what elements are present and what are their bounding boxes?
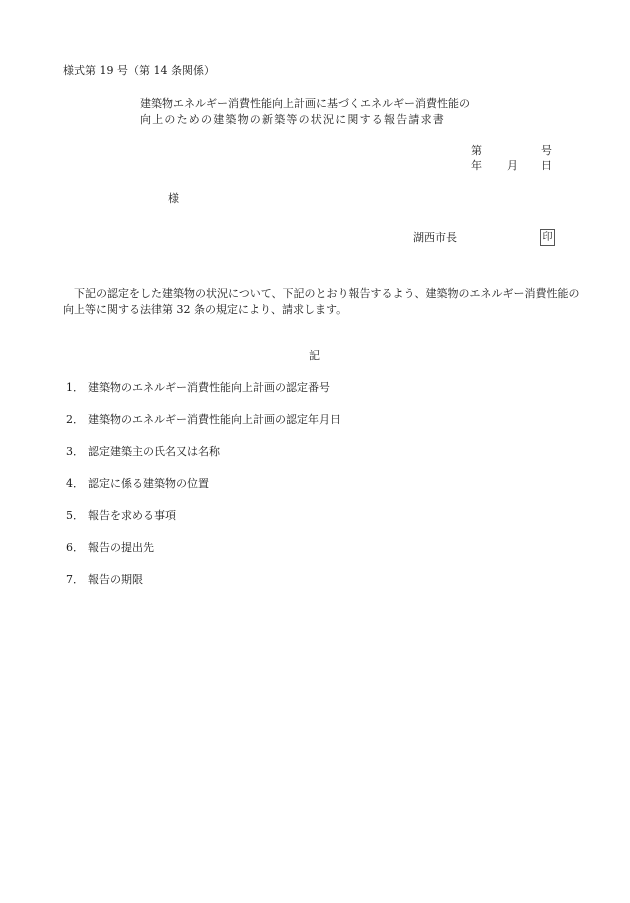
item-number: 4． [66, 477, 88, 491]
ki-heading: 記 [309, 349, 320, 363]
item-text: 建築物のエネルギー消費性能向上計画の認定番号 [88, 381, 330, 394]
item-number: 6． [66, 541, 88, 555]
addressee-honorific: 様 [168, 192, 179, 206]
item-text: 報告を求める事項 [88, 509, 176, 522]
item-number: 3． [66, 445, 88, 459]
list-item: 5．報告を求める事項 [66, 509, 341, 541]
doc-number-prefix: 第 [471, 144, 482, 158]
date-month: 月 [507, 159, 518, 173]
item-number: 1． [66, 381, 88, 395]
list-item: 2．建築物のエネルギー消費性能向上計画の認定年月日 [66, 413, 341, 445]
date-day: 日 [541, 159, 552, 173]
item-list: 1．建築物のエネルギー消費性能向上計画の認定番号 2．建築物のエネルギー消費性能… [66, 381, 341, 605]
doc-number-suffix: 号 [541, 144, 552, 158]
list-item: 3．認定建築主の氏名又は名称 [66, 445, 341, 477]
item-number: 5． [66, 509, 88, 523]
seal-box: 印 [540, 229, 555, 246]
body-paragraph: 下記の認定をした建築物の状況について、下記のとおり報告するよう、建築物のエネルギ… [63, 286, 583, 318]
issuer-name: 湖西市長 [413, 231, 457, 245]
body-text: 下記の認定をした建築物の状況について、下記のとおり報告するよう、建築物のエネルギ… [63, 287, 580, 316]
date-year: 年 [471, 159, 482, 173]
item-text: 報告の期限 [88, 573, 143, 586]
item-text: 認定に係る建築物の位置 [88, 477, 209, 490]
list-item: 4．認定に係る建築物の位置 [66, 477, 341, 509]
list-item: 1．建築物のエネルギー消費性能向上計画の認定番号 [66, 381, 341, 413]
item-number: 2． [66, 413, 88, 427]
document-title-line1: 建築物エネルギー消費性能向上計画に基づくエネルギー消費性能の [140, 97, 470, 111]
document-title-line2: 向上のための建築物の新築等の状況に関する報告請求書 [140, 113, 445, 127]
item-number: 7． [66, 573, 88, 587]
list-item: 7．報告の期限 [66, 573, 341, 605]
item-text: 報告の提出先 [88, 541, 154, 554]
list-item: 6．報告の提出先 [66, 541, 341, 573]
item-text: 建築物のエネルギー消費性能向上計画の認定年月日 [88, 413, 341, 426]
form-number: 様式第 19 号（第 14 条関係） [63, 64, 215, 78]
item-text: 認定建築主の氏名又は名称 [88, 445, 220, 458]
